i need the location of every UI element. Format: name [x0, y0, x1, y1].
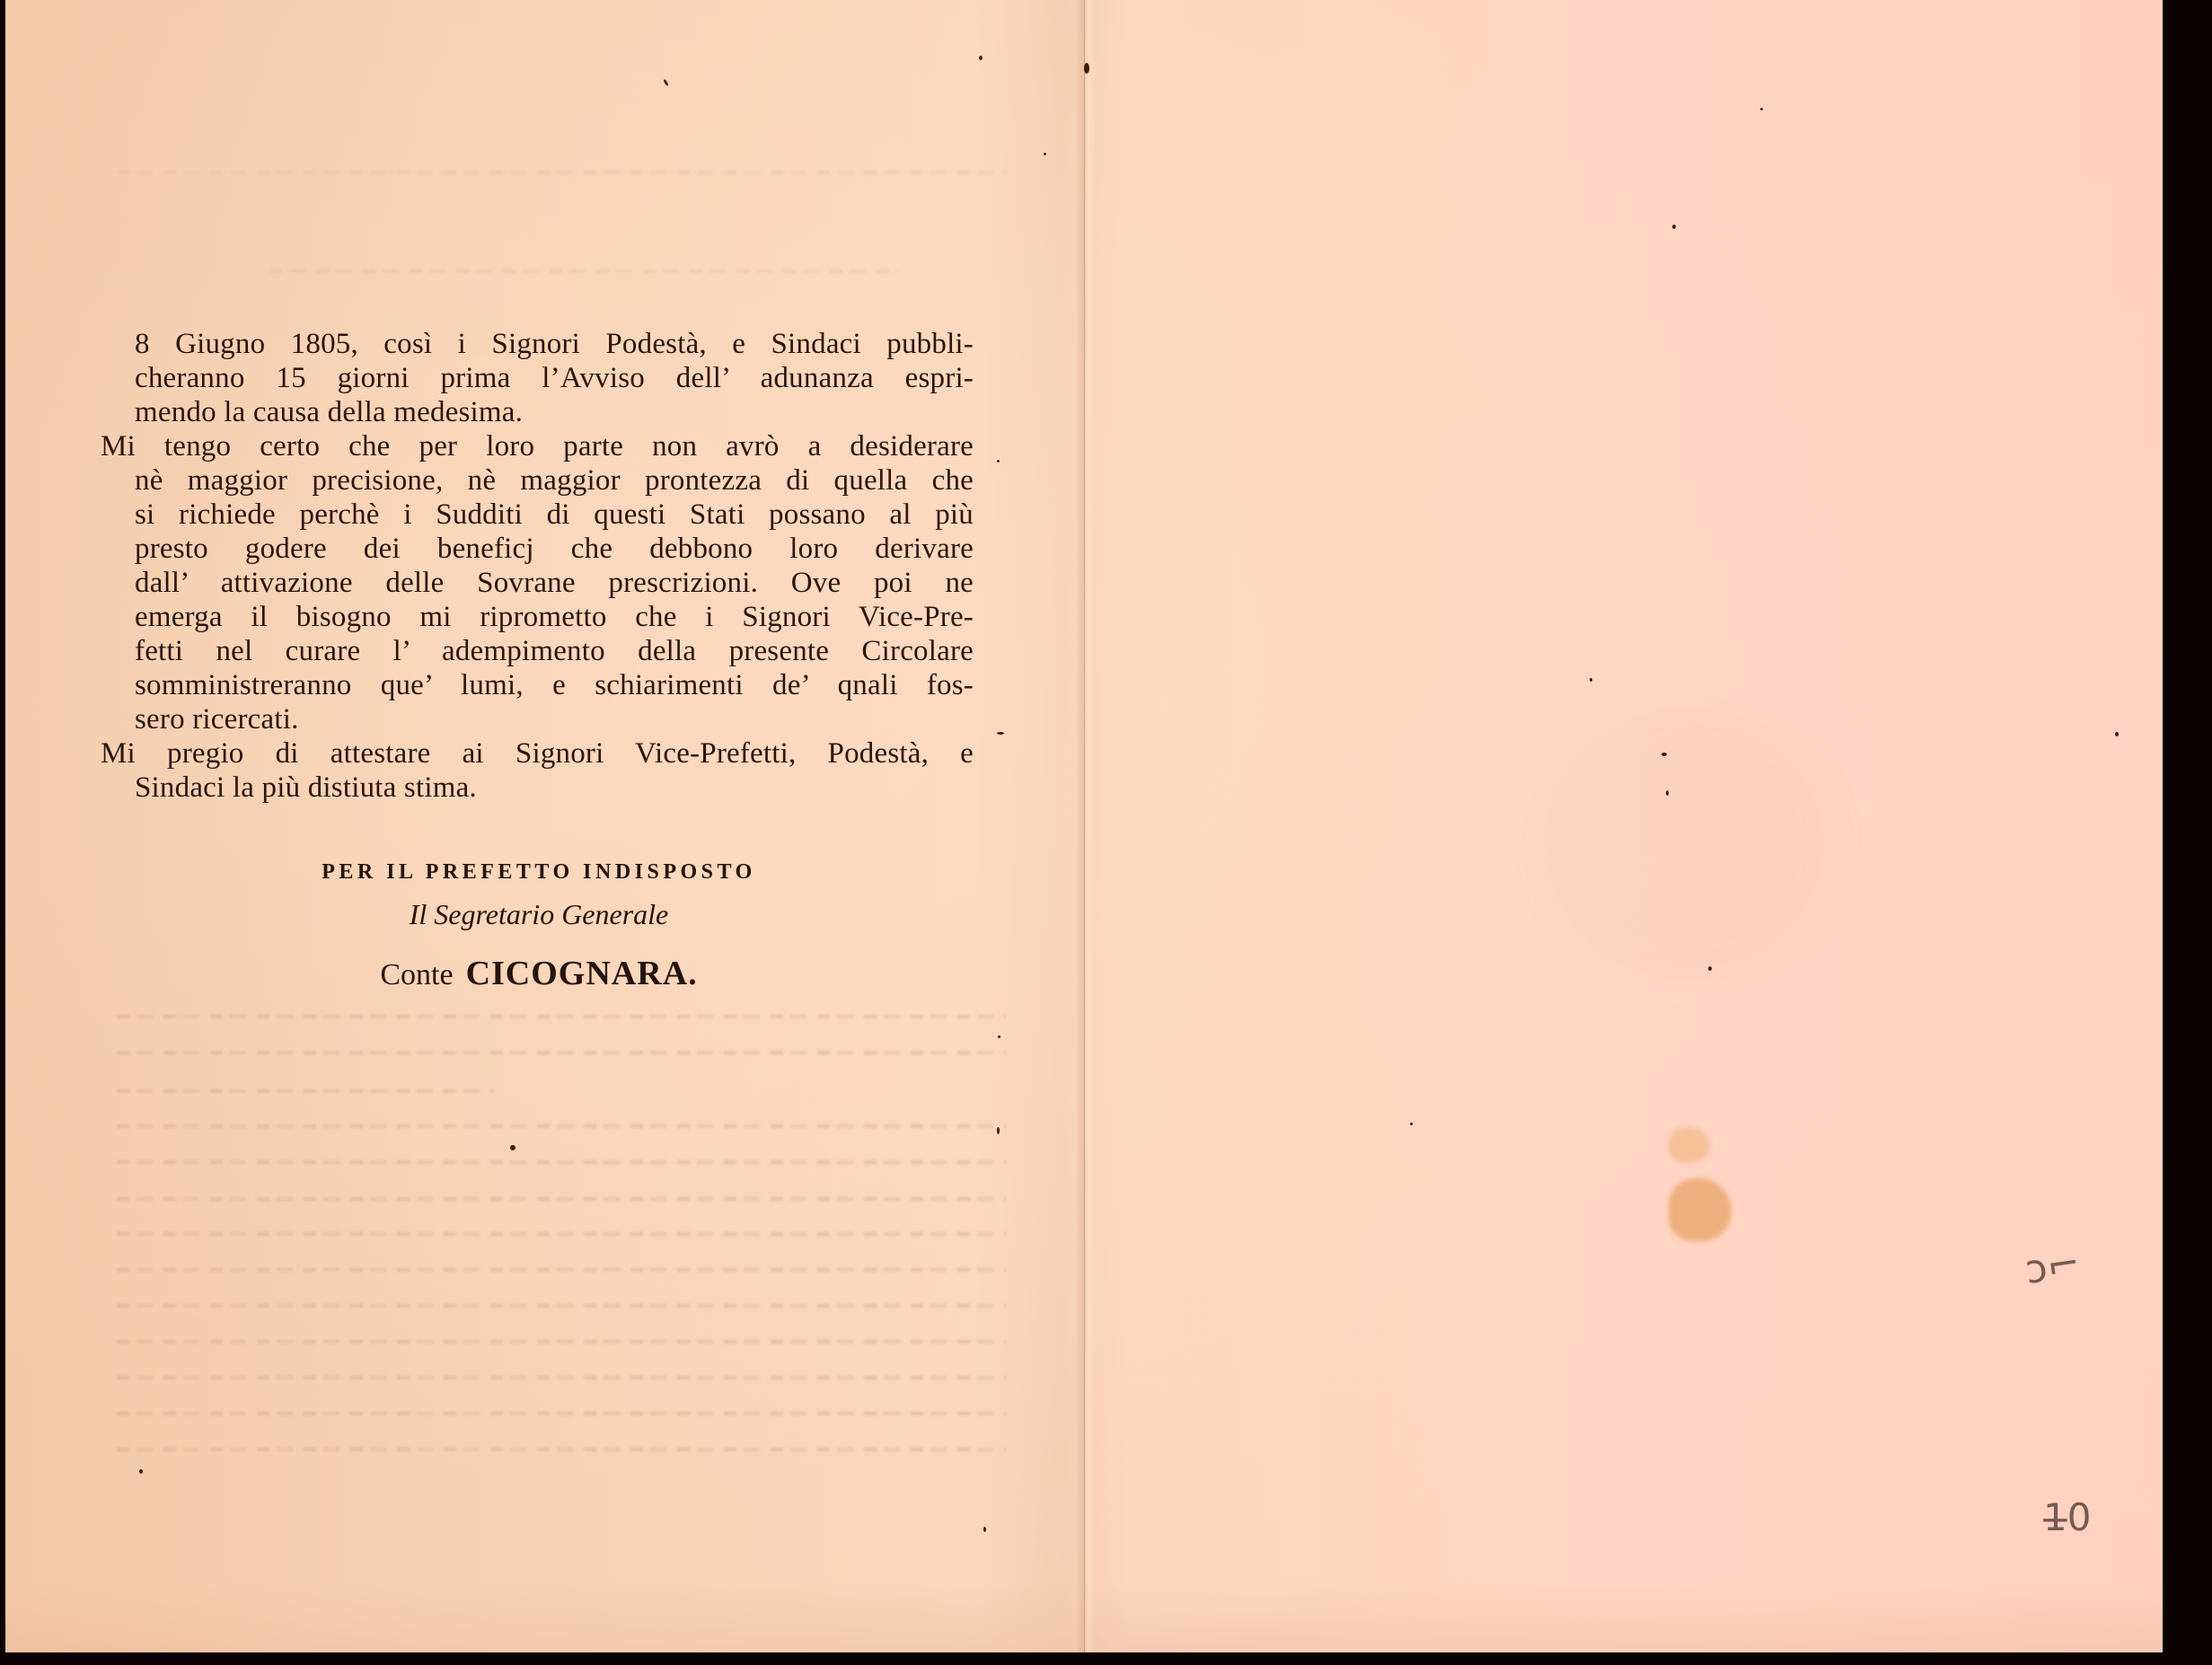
text-line: Mi pregio di attestare ai Signori Vice-P… — [101, 736, 974, 771]
text-line: Mi tengo certo che per loro parte non av… — [101, 429, 974, 463]
text-line: somministreranno que’ lumi, e schiarimen… — [135, 668, 974, 702]
text-line: cheranno 15 giorni prima l’Avviso dell’ … — [135, 361, 974, 395]
signature-name-prefix: Conte — [380, 958, 453, 991]
signature-surname: CICOGNARA. — [466, 955, 698, 992]
text-line: emerga il bisogno mi riprometto che i Si… — [135, 600, 974, 634]
page-fold-crease — [1084, 0, 1085, 1652]
signature-role: Il Segretario Generale — [225, 898, 853, 931]
foxing-stain — [1669, 1178, 1732, 1241]
pencil-mark: ɔ⌐ — [2023, 1240, 2084, 1293]
paragraph-1: 8 Giugno 1805, così i Signori Podestà, e… — [101, 327, 974, 429]
text-line: nè maggior precisione, nè maggior pronte… — [135, 463, 974, 498]
foxing-stain — [1669, 1127, 1710, 1163]
text-line: fetti nel curare l’ adempimento della pr… — [135, 634, 974, 668]
signature-title: PER IL PREFETTO INDISPOSTO — [225, 860, 853, 885]
pencil-folio-number: 1̶0 — [2043, 1495, 2091, 1539]
faint-stamp-shadow — [1545, 709, 1832, 979]
text-line: Sindaci la più distiuta stima. — [135, 771, 974, 805]
text-line: presto godere dei beneficj che debbono l… — [135, 532, 974, 566]
page-fold — [1076, 0, 1096, 1652]
text-line: dall’ attivazione delle Sovrane prescriz… — [135, 566, 974, 600]
paragraph-3: Mi pregio di attestare ai Signori Vice-P… — [101, 736, 974, 805]
signature-name: ConteCICOGNARA. — [225, 954, 853, 993]
text-line: 8 Giugno 1805, così i Signori Podestà, e… — [135, 327, 974, 361]
circular-body-text: 8 Giugno 1805, così i Signori Podestà, e… — [101, 327, 974, 805]
text-line: mendo la causa della medesima. — [135, 395, 974, 429]
paragraph-2: Mi tengo certo che per loro parte non av… — [101, 429, 974, 736]
text-line: si richiede perchè i Sudditi di questi S… — [135, 498, 974, 532]
text-line: sero ricercati. — [135, 702, 974, 736]
